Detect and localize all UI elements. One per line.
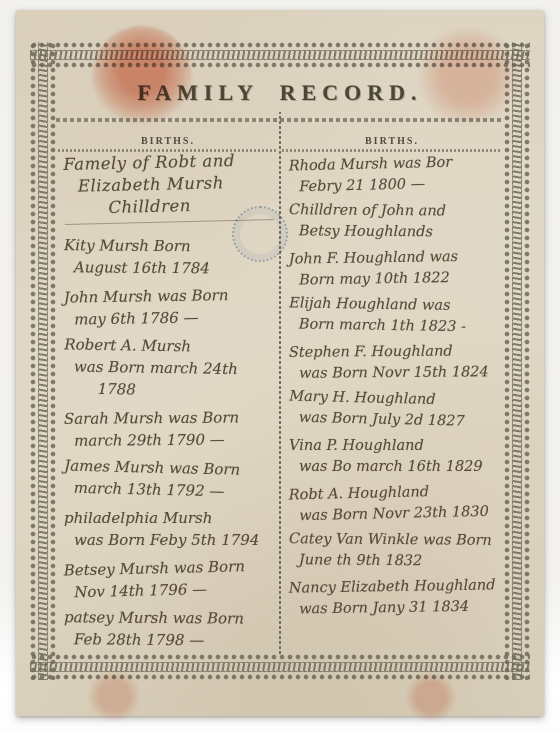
record-line: Born may 10th 1822 (289, 267, 498, 291)
record-line: march 29th 1790 — (64, 428, 273, 452)
record-entry: Robert A. Murshwas Born march 24th1788 (63, 333, 273, 402)
record-line: Stephen F. Houghland (289, 341, 498, 364)
ornamental-border-bottom (30, 654, 530, 680)
record-line: philadelphia Mursh (64, 507, 273, 529)
record-entry: Stephen F. Houghlandwas Born Novr 15th 1… (289, 341, 498, 385)
record-entry: Sarah Mursh was Bornmarch 29th 1790 — (64, 406, 273, 452)
record-line: was Born Novr 15th 1824 (289, 362, 498, 385)
ornamental-border-right (504, 42, 530, 680)
record-line: Vina P. Houghland (289, 436, 498, 457)
record-line: was Born July 2d 1827 (289, 408, 498, 434)
record-line: June th 9th 1832 (289, 550, 498, 573)
record-line: Feb 28th 1798 — (64, 628, 273, 652)
record-entry: Betsey Mursh was BornNov 14th 1796 — (64, 555, 274, 604)
record-line: Betsy Houghlands (289, 221, 498, 244)
record-content: FAMILY RECORD. BIRTHS. BIRTHS. Famely of… (56, 68, 504, 654)
record-line: Nov 14th 1796 — (64, 577, 273, 604)
record-line: was Born march 24th (64, 355, 273, 380)
ornamental-border-top (30, 42, 530, 68)
record-line: was Bo march 16th 1829 (289, 457, 498, 478)
page-title: FAMILY RECORD. (56, 80, 504, 106)
record-entry: Vina P. Houghlandwas Bo march 16th 1829 (289, 436, 498, 478)
record-line: may 6th 1786 — (64, 305, 273, 330)
scanned-family-record-page: { "document": { "title": "FAMILY RECORD.… (0, 0, 560, 732)
record-entry: Rhoda Mursh was BorFebry 21 1800 — (289, 152, 499, 199)
paper-sheet: FAMILY RECORD. BIRTHS. BIRTHS. Famely of… (16, 10, 544, 716)
record-line: Chilldren of John and (289, 200, 498, 223)
record-entry: Nancy Elizabeth Houghlandwas Born Jany 3… (289, 575, 499, 620)
record-line: was Born Feby 5th 1794 (64, 529, 273, 551)
record-line: was Born Novr 23th 1830 (289, 502, 498, 528)
record-entry: Mary H. Houghlandwas Born July 2d 1827 (289, 387, 499, 434)
record-line: 1788 (63, 377, 272, 402)
record-entry: Elijah Houghland wasBorn march 1th 1823 … (289, 293, 499, 338)
record-entry: John F. Houghland wasBorn may 10th 1822 (289, 246, 499, 291)
record-line: patsey Mursh was Born (64, 606, 273, 630)
record-line: Kity Mursh Born (64, 234, 273, 258)
record-entry: patsey Mursh was BornFeb 28th 1798 — (64, 606, 273, 652)
record-entry: John Mursh was Bornmay 6th 1786 — (64, 283, 274, 330)
record-line: August 16th 1784 (64, 256, 273, 280)
record-line: Born march 1th 1823 - (289, 314, 498, 338)
record-line: Febry 21 1800 — (289, 173, 498, 199)
record-line: Robert A. Mursh (64, 333, 273, 358)
record-columns: Famely of Robt andElizabeth MurshChilldr… (56, 146, 504, 654)
record-entry: Kity Mursh BornAugust 16th 1784 (64, 234, 273, 280)
record-entry: Famely of Robt andElizabeth MurshChilldr… (63, 149, 274, 225)
record-line: was Born Jany 31 1834 (289, 596, 498, 620)
ornamental-border-left (30, 42, 56, 680)
record-entry: James Mursh was Bornmarch 13th 1792 — (64, 455, 274, 504)
record-entry: Catey Van Winkle was BornJune th 9th 183… (289, 529, 498, 573)
record-line: Catey Van Winkle was Born (289, 529, 498, 552)
record-line: march 13th 1792 — (64, 477, 273, 504)
record-entry: Chilldren of John andBetsy Houghlands (289, 200, 498, 244)
record-entry: Robt A. Houghlandwas Born Novr 23th 1830 (289, 481, 499, 528)
record-entry: philadelphia Murshwas Born Feby 5th 1794 (64, 507, 273, 551)
births-column-right: Rhoda Mursh was BorFebry 21 1800 —Chilld… (281, 146, 504, 654)
births-column-left: Famely of Robt andElizabeth MurshChilldr… (56, 146, 279, 654)
record-line: Sarah Mursh was Born (64, 406, 273, 430)
